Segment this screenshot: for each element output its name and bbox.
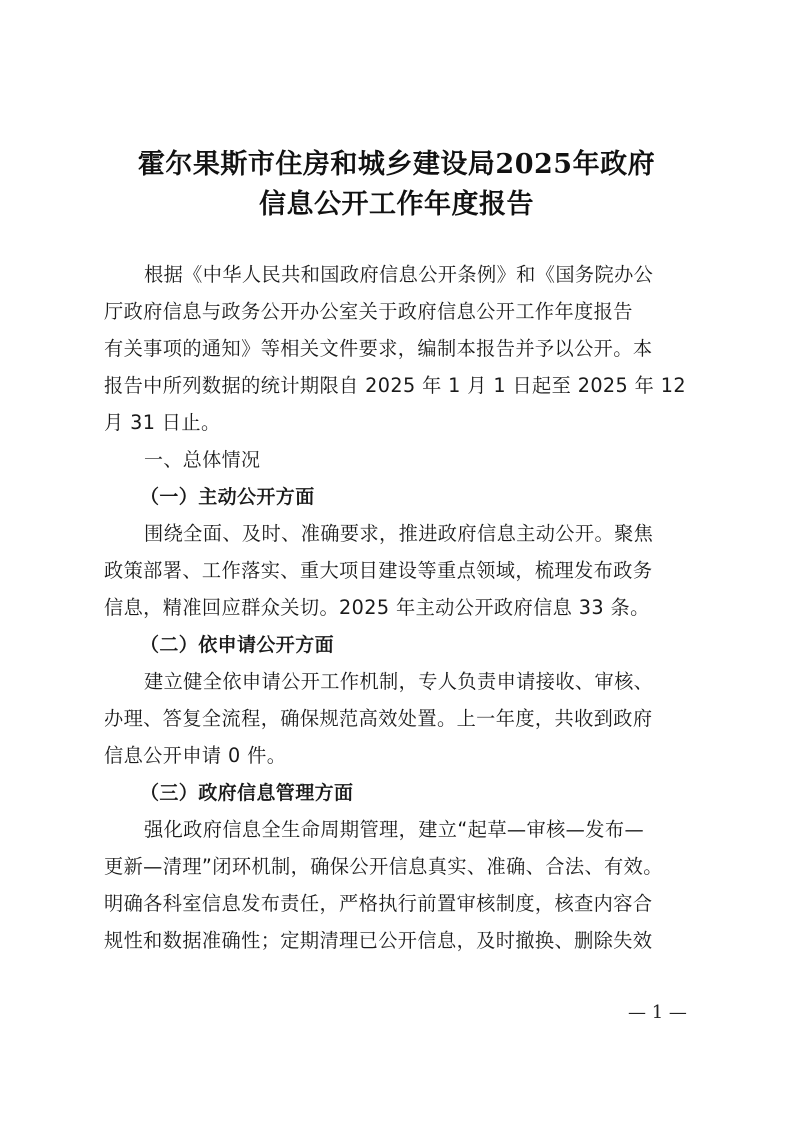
on-request-line-1: 建立健全依申请公开工作机制，专人负责申请接收、审核、 bbox=[144, 667, 740, 697]
intro-line-5: 月 31 日止。 bbox=[104, 408, 700, 438]
intro-line-2: 厅政府信息与政务公开办公室关于政府信息公开工作年度报告 bbox=[104, 297, 700, 327]
report-title-line-2: 信息公开工作年度报告 bbox=[0, 182, 793, 221]
document-page: 霍尔果斯市住房和城乡建设局2025年政府 信息公开工作年度报告 根据《中华人民共… bbox=[0, 0, 793, 1122]
report-title-line-1: 霍尔果斯市住房和城乡建设局2025年政府 bbox=[0, 142, 793, 181]
proactive-line-3: 信息，精准回应群众关切。2025 年主动公开政府信息 33 条。 bbox=[104, 593, 700, 623]
subsection-heading-management: （三）政府信息管理方面 bbox=[140, 778, 736, 808]
management-line-4: 规性和数据准确性；定期清理已公开信息，及时撤换、删除失效 bbox=[104, 926, 700, 956]
subsection-heading-proactive: （一）主动公开方面 bbox=[140, 482, 736, 512]
intro-line-4: 报告中所列数据的统计期限自 2025 年 1 月 1 日起至 2025 年 12 bbox=[104, 371, 700, 401]
proactive-line-2: 政策部署、工作落实、重大项目建设等重点领域，梳理发布政务 bbox=[104, 556, 700, 586]
on-request-line-2: 办理、答复全流程，确保规范高效处置。上一年度，共收到政府 bbox=[104, 704, 700, 734]
management-line-3: 明确各科室信息发布责任，严格执行前置审核制度，核查内容合 bbox=[104, 889, 700, 919]
section-heading-overall: 一、总体情况 bbox=[144, 445, 740, 475]
management-line-2: 更新—清理”闭环机制，确保公开信息真实、准确、合法、有效。 bbox=[104, 852, 700, 882]
intro-line-1: 根据《中华人民共和国政府信息公开条例》和《国务院办公 bbox=[144, 260, 740, 290]
page-number: — 1 — bbox=[628, 1002, 687, 1023]
management-line-1: 强化政府信息全生命周期管理，建立“起草—审核—发布— bbox=[144, 815, 740, 845]
intro-line-3: 有关事项的通知》等相关文件要求，编制本报告并予以公开。本 bbox=[104, 334, 700, 364]
proactive-line-1: 围绕全面、及时、准确要求，推进政府信息主动公开。聚焦 bbox=[144, 519, 740, 549]
subsection-heading-on-request: （二）依申请公开方面 bbox=[140, 630, 736, 660]
on-request-line-3: 信息公开申请 0 件。 bbox=[104, 741, 700, 771]
